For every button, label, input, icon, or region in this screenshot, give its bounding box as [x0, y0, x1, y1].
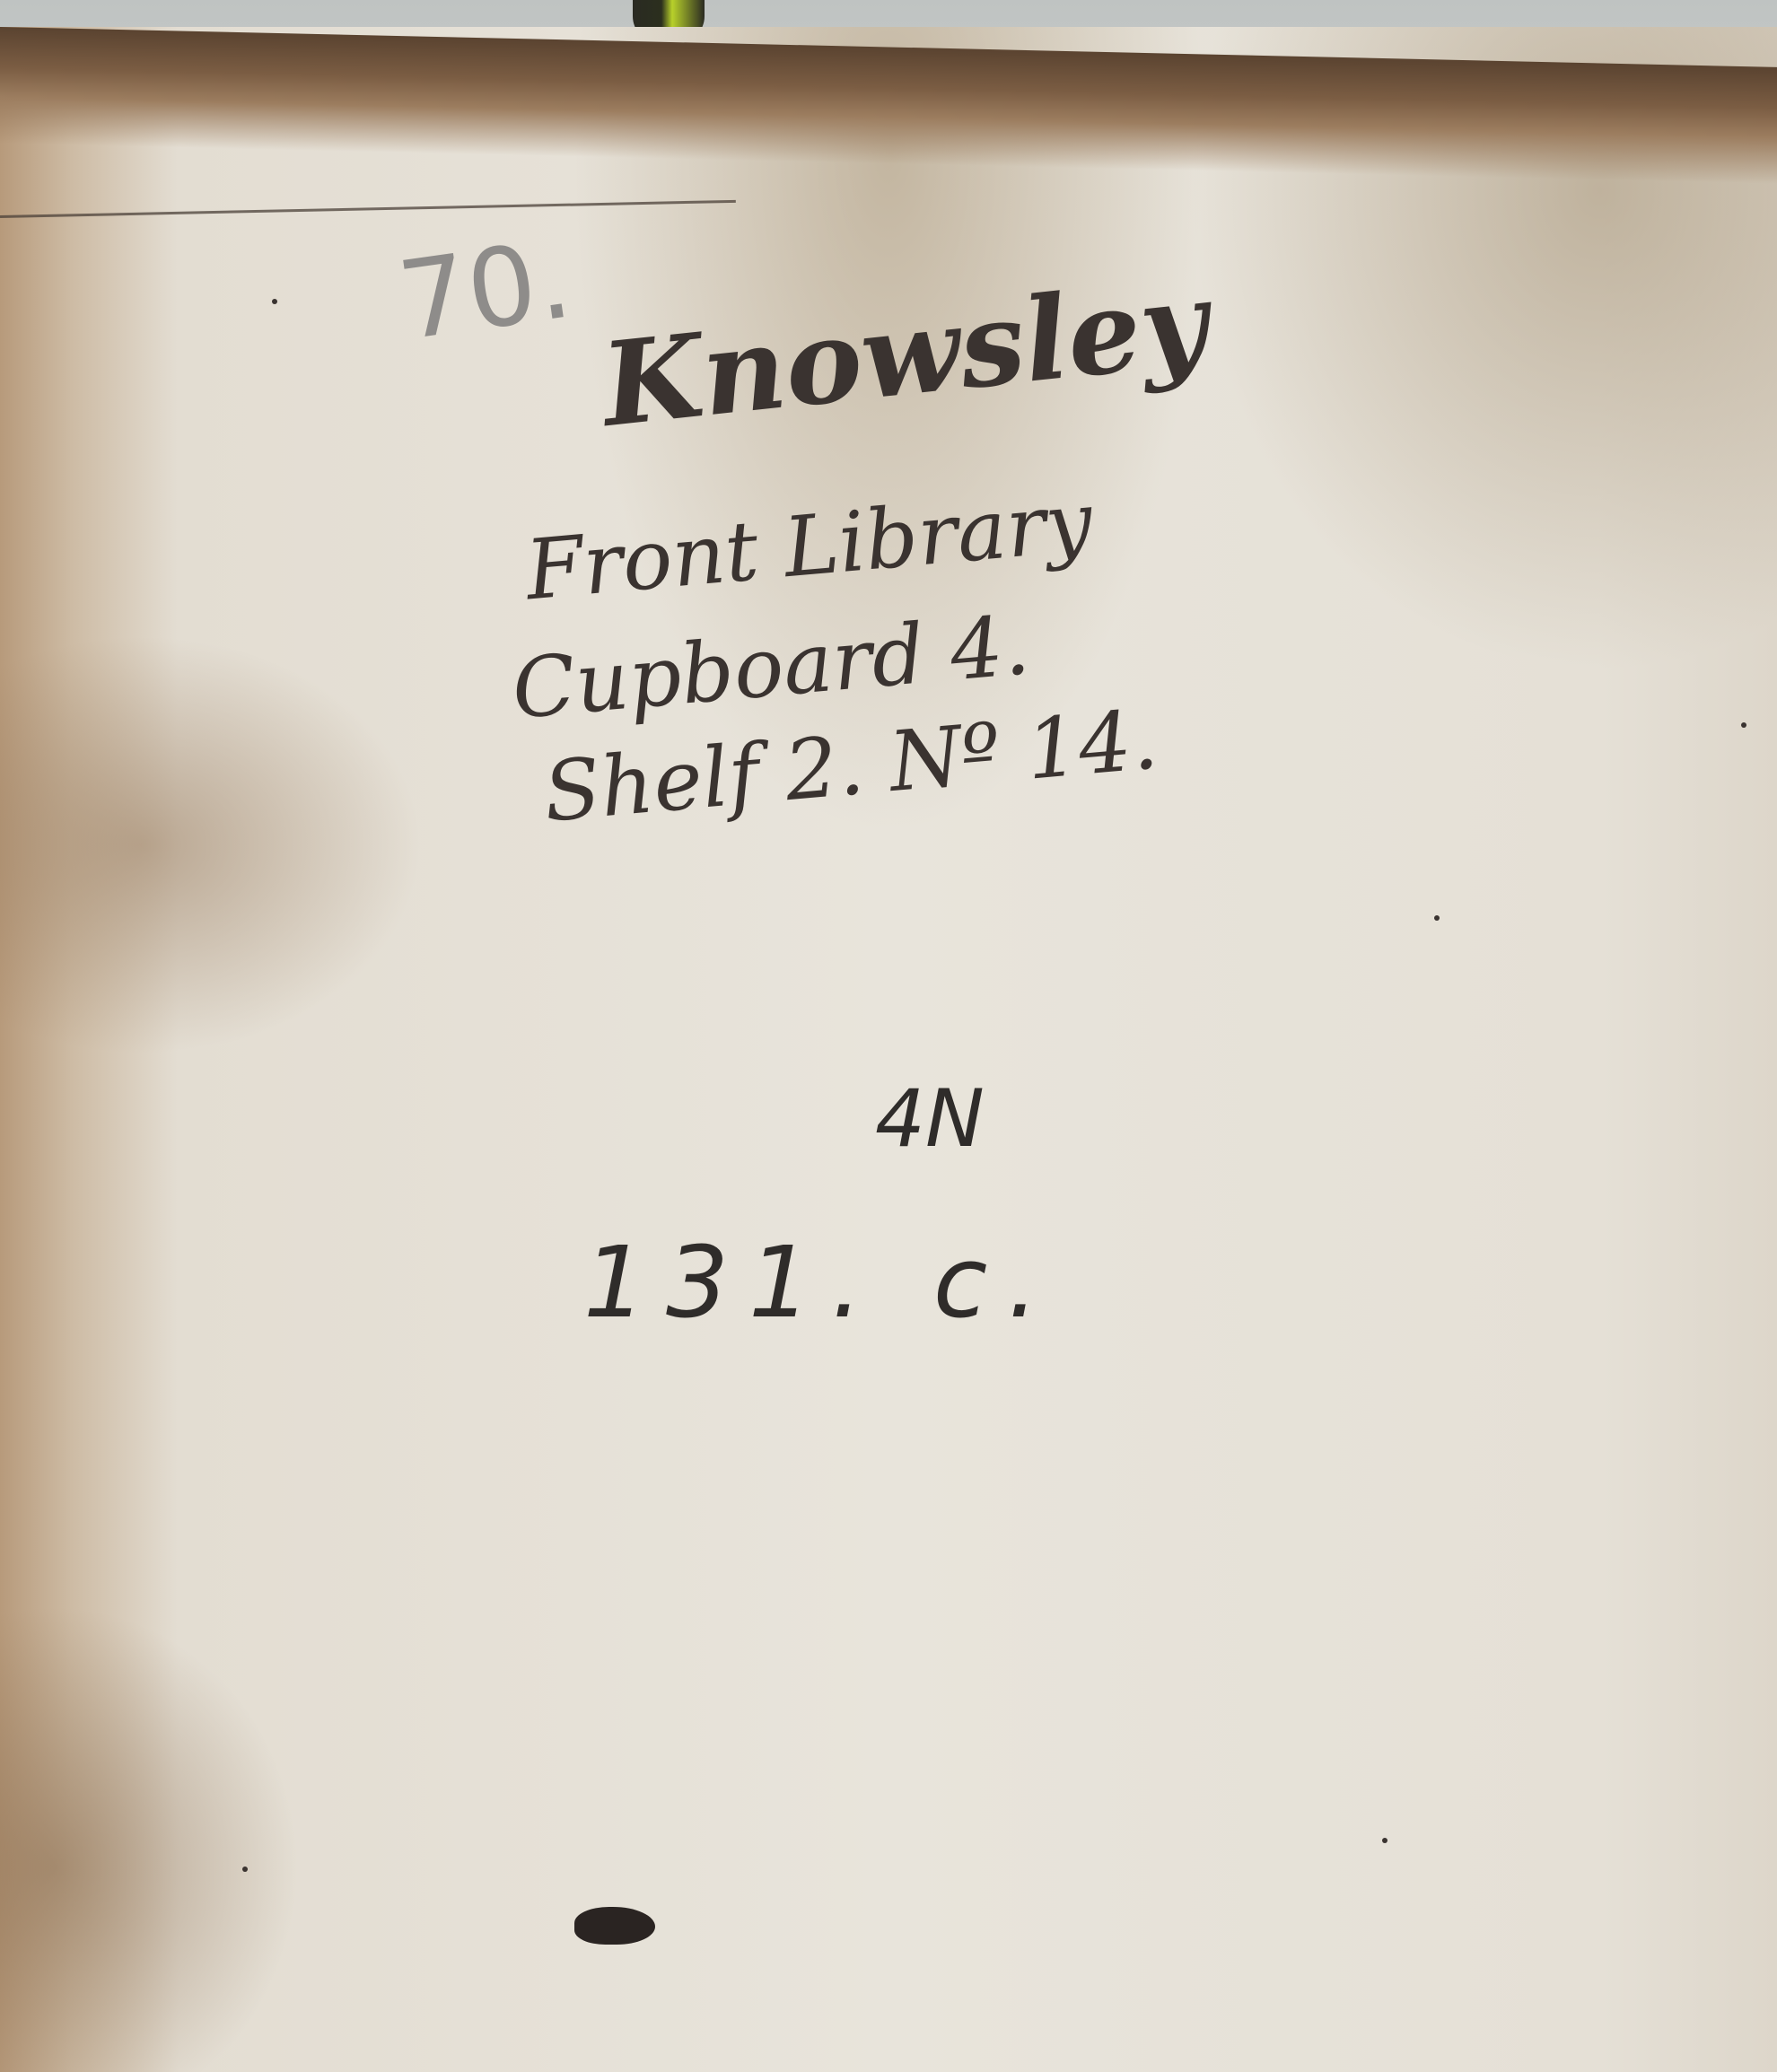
ink-speck: [1741, 722, 1746, 728]
pencil-mark-4n: 4N: [875, 1072, 985, 1165]
pencil-number: 70.: [391, 217, 578, 364]
ink-speck: [242, 1867, 248, 1872]
ink-speck: [272, 299, 277, 304]
ink-speck: [1382, 1838, 1387, 1843]
shelfmark: 131. c.: [583, 1225, 1058, 1340]
ink-speck: [1434, 915, 1440, 921]
ink-blot: [574, 1907, 655, 1945]
